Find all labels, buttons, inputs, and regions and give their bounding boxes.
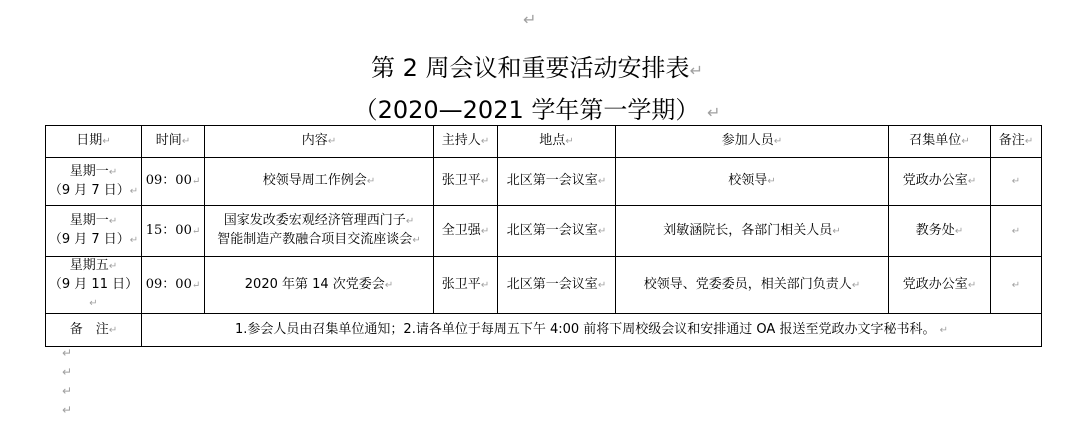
cell-time: 09：00↵ — [142, 257, 205, 314]
remarks-label: 备 注↵ — [46, 314, 142, 347]
paragraph-mark: ↵ — [690, 61, 703, 80]
title-text: 第 2 周会议和重要活动安排表 — [371, 54, 690, 82]
paragraph-mark: ↵ — [62, 346, 72, 365]
subtitle-text: （2020—2021 学年第一学期） — [354, 96, 700, 124]
header-host: 主持人↵ — [434, 126, 498, 158]
paragraph-mark: ↵ — [523, 10, 536, 29]
cell-location: 北区第一会议室↵ — [498, 158, 616, 206]
header-content: 内容↵ — [205, 126, 434, 158]
cell-organizer: 教务处↵ — [889, 206, 991, 257]
schedule-table: 日期↵ 时间↵ 内容↵ 主持人↵ 地点↵ 参加人员↵ 召集单位↵ 备注↵ 星期一… — [45, 125, 1042, 347]
cell-date: 星期一↵（9 月 7 日）↵ — [46, 158, 142, 206]
cell-attendees: 校领导、党委委员，相关部门负责人↵ — [616, 257, 889, 314]
cell-host: 张卫平↵ — [434, 158, 498, 206]
paragraph-mark: ↵ — [62, 384, 72, 403]
document-subtitle: （2020—2021 学年第一学期） ↵ — [0, 90, 1074, 125]
remarks-text: 1.参会人员由召集单位通知；2.请各单位于每周五下午 4:00 前将下周校级会议… — [142, 314, 1042, 347]
cell-attendees: 刘敏涵院长，各部门相关人员↵ — [616, 206, 889, 257]
cell-time: 15：00↵ — [142, 206, 205, 257]
cell-content: 国家发改委宏观经济管理西门子↵智能制造产教融合项目交流座谈会↵ — [205, 206, 434, 257]
paragraph-mark: ↵ — [707, 103, 720, 122]
header-date: 日期↵ — [46, 126, 142, 158]
cell-location: 北区第一会议室↵ — [498, 206, 616, 257]
header-note: 备注↵ — [991, 126, 1042, 158]
cell-content: 2020 年第 14 次党委会↵ — [205, 257, 434, 314]
header-location: 地点↵ — [498, 126, 616, 158]
cell-organizer: 党政办公室↵ — [889, 158, 991, 206]
cell-date: 星期五↵（9 月 11 日）↵ — [46, 257, 142, 314]
header-time: 时间↵ — [142, 126, 205, 158]
table-header-row: 日期↵ 时间↵ 内容↵ 主持人↵ 地点↵ 参加人员↵ 召集单位↵ 备注↵ — [46, 126, 1042, 158]
cell-location: 北区第一会议室↵ — [498, 257, 616, 314]
table-row: 星期一↵（9 月 7 日）↵ 15：00↵ 国家发改委宏观经济管理西门子↵智能制… — [46, 206, 1042, 257]
paragraph-mark: ↵ — [62, 403, 72, 421]
cell-host: 张卫平↵ — [434, 257, 498, 314]
cell-content: 校领导周工作例会↵ — [205, 158, 434, 206]
cell-note: ↵ — [991, 257, 1042, 314]
cell-note: ↵ — [991, 206, 1042, 257]
table-row: 星期五↵（9 月 11 日）↵ 09：00↵ 2020 年第 14 次党委会↵ … — [46, 257, 1042, 314]
cell-host: 全卫强↵ — [434, 206, 498, 257]
header-attendees: 参加人员↵ — [616, 126, 889, 158]
empty-paragraphs: ↵ ↵ ↵ ↵ — [62, 346, 72, 421]
table-row: 星期一↵（9 月 7 日）↵ 09：00↵ 校领导周工作例会↵ 张卫平↵ 北区第… — [46, 158, 1042, 206]
document-title: 第 2 周会议和重要活动安排表↵ — [0, 48, 1074, 83]
remarks-row: 备 注↵ 1.参会人员由召集单位通知；2.请各单位于每周五下午 4:00 前将下… — [46, 314, 1042, 347]
cell-organizer: 党政办公室↵ — [889, 257, 991, 314]
cell-attendees: 校领导↵ — [616, 158, 889, 206]
cell-note: ↵ — [991, 158, 1042, 206]
cell-date: 星期一↵（9 月 7 日）↵ — [46, 206, 142, 257]
paragraph-mark: ↵ — [62, 365, 72, 384]
cell-time: 09：00↵ — [142, 158, 205, 206]
header-organizer: 召集单位↵ — [889, 126, 991, 158]
